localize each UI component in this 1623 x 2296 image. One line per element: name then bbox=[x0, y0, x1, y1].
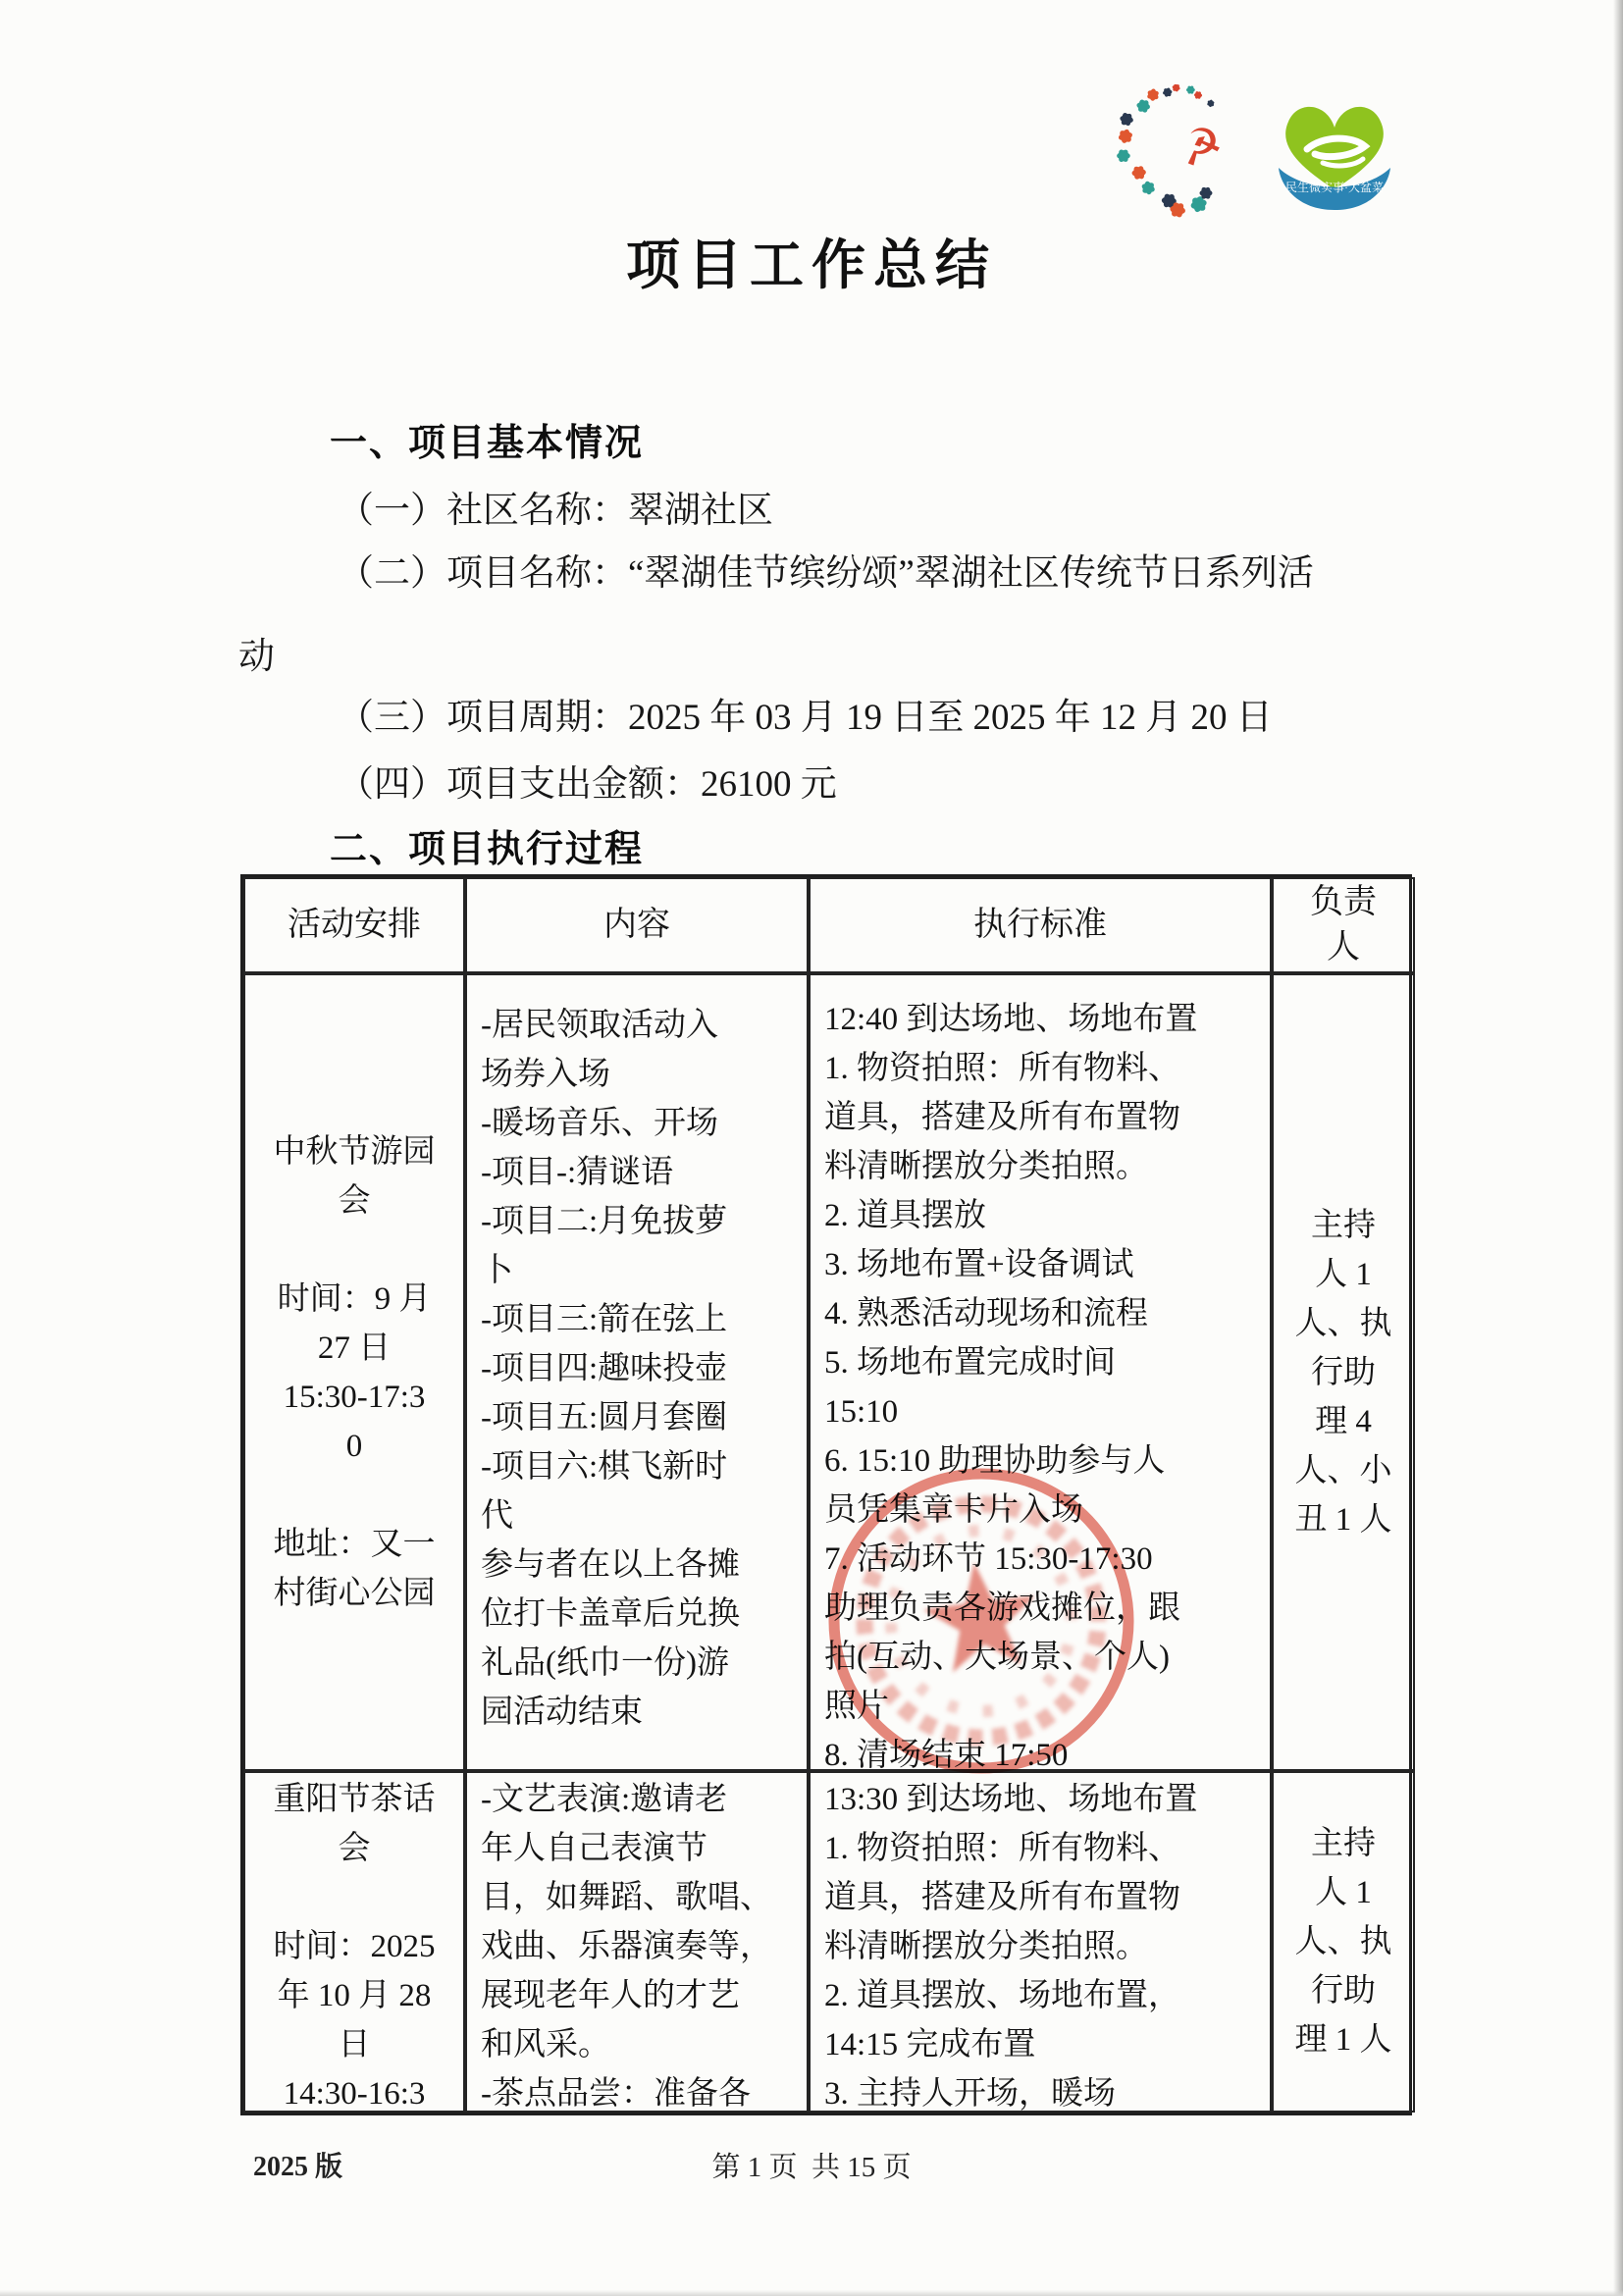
row1-activity-cell: 中秋节游园 会 时间：9 月 27 日 15:30-17:3 0 地址：又一 村… bbox=[243, 973, 465, 1771]
col-header-standard: 执行标准 bbox=[809, 877, 1272, 973]
row2-content-cell: -文艺表演:邀请老 年人自己表演节 目，如舞蹈、歌唱、 戏曲、乐器演奏等， 展现… bbox=[465, 1771, 809, 2113]
minsheng-heart-bowl-logo-icon: 民生微实事·大盆菜 bbox=[1266, 92, 1403, 226]
green-heart-shape bbox=[1285, 107, 1384, 189]
scan-edge-right bbox=[1613, 0, 1623, 2296]
section-1-heading: 一、项目基本情况 bbox=[330, 412, 644, 466]
minsheng-banner-text: 民生微实事·大盆菜 bbox=[1285, 180, 1384, 194]
project-name-line: （二）项目名称：“翠湖佳节缤纷颂”翠湖社区传统节日系列活 bbox=[338, 543, 1314, 596]
project-expense-line: （四）项目支出金额：26100 元 bbox=[338, 754, 837, 807]
execution-table: 活动安排 内容 执行标准 负责 人 中秋节游园 会 时间：9 月 27 日 15… bbox=[240, 874, 1412, 2115]
col-header-activity: 活动安排 bbox=[243, 877, 465, 973]
scan-edge-bottom bbox=[0, 2290, 1623, 2296]
community-name-line: （一）社区名称：翠湖社区 bbox=[338, 480, 773, 533]
row2-activity-cell: 重阳节茶话 会 时间：2025 年 10 月 28 日 14:30-16:3 bbox=[243, 1771, 465, 2113]
hammer-sickle-icon: ☭ bbox=[1175, 117, 1229, 178]
page-title: 项目工作总结 bbox=[0, 222, 1623, 299]
col-header-content: 内容 bbox=[465, 877, 809, 973]
party-heart-logo-icon: ☭ bbox=[1105, 84, 1264, 234]
row1-responsible-cell: 主持 人 1 人、执 行助 理 4 人、小 丑 1 人 bbox=[1272, 973, 1415, 1771]
row1-standard-cell: 12:40 到达场地、场地布置 1. 物资拍照：所有物料、 道具，搭建及所有布置… bbox=[809, 973, 1272, 1771]
document-page: ☭ 民生微实事·大盆菜 项目工作总结 一、项目基本情况 （一）社区名称：翠湖社区… bbox=[0, 0, 1623, 2296]
row2-standard-cell: 13:30 到达场地、场地布置 1. 物资拍照：所有物料、 道具，搭建及所有布置… bbox=[809, 1771, 1272, 2113]
footer-page-number: 第 1 页 共 15 页 bbox=[0, 2145, 1623, 2185]
section-2-heading: 二、项目执行过程 bbox=[330, 818, 644, 872]
col-header-responsible: 负责 人 bbox=[1272, 877, 1415, 973]
row1-content-cell: -居民领取活动入 场券入场 -暖场音乐、开场 -项目-:猜谜语 -项目二:月免拔… bbox=[465, 973, 809, 1771]
project-name-line-cont: 动 bbox=[238, 626, 275, 679]
project-period-line: （三）项目周期：2025 年 03 月 19 日至 2025 年 12 月 20… bbox=[338, 687, 1273, 740]
row2-responsible-cell: 主持 人 1 人、执 行助 理 1 人 bbox=[1272, 1771, 1415, 2113]
